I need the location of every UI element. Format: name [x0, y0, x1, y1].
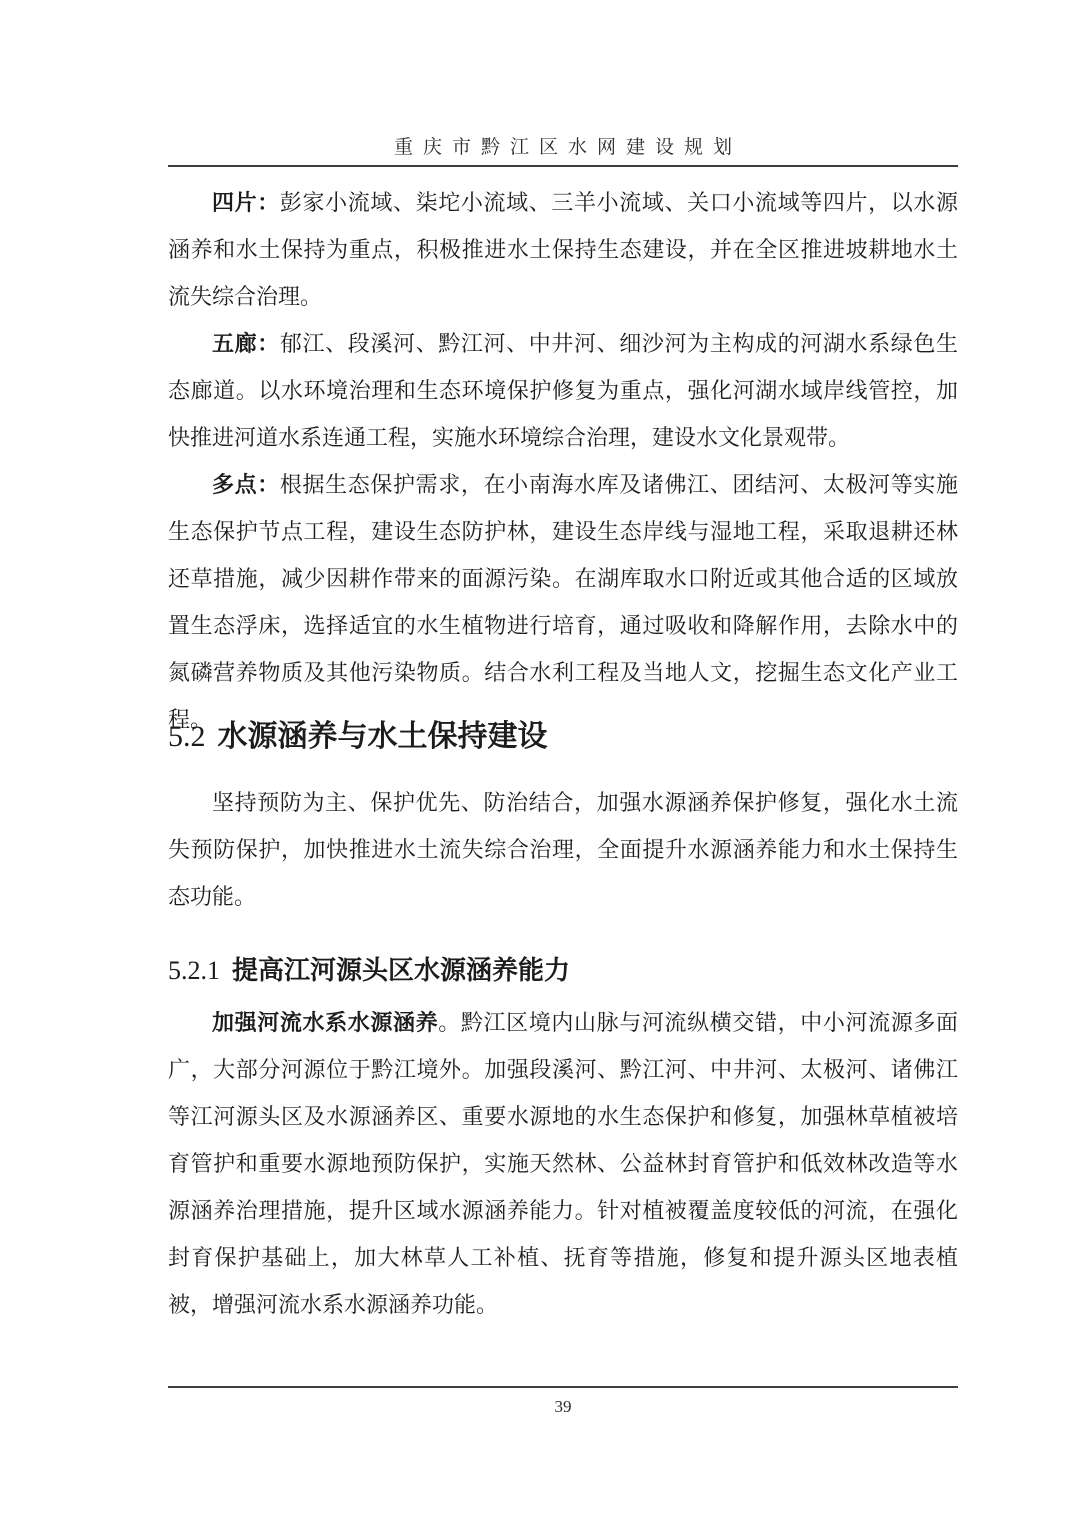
paragraph-lead: 多点： — [212, 472, 280, 497]
paragraph-duodian: 多点：根据生态保护需求，在小南海水库及诸佛江、团结河、太极河等实施生态保护节点工… — [168, 461, 958, 743]
paragraph-separator: 。 — [438, 1010, 461, 1035]
paragraph-lead: 五廊： — [212, 331, 280, 356]
subsection-paragraph: 加强河流水系水源涵养。黔江区境内山脉与河流纵横交错，中小河流源多面广，大部分河源… — [168, 999, 958, 1328]
subsection-heading-5-2-1: 5.2.1提高江河源头区水源涵养能力 — [168, 950, 958, 991]
section-title: 水源涵养与水土保持建设 — [218, 720, 548, 753]
paragraph-wulang: 五廊：郁江、段溪河、黔江河、中井河、细沙河为主构成的河湖水系绿色生态廊道。以水环… — [168, 320, 958, 461]
paragraph-lead: 四片： — [212, 190, 280, 215]
paragraph-text: 彭家小流域、柒坨小流域、三羊小流域、关口小流域等四片，以水源涵养和水土保持为重点… — [168, 190, 958, 309]
page-number: 39 — [168, 1397, 958, 1417]
paragraph-text: 郁江、段溪河、黔江河、中井河、细沙河为主构成的河湖水系绿色生态廊道。以水环境治理… — [168, 331, 958, 450]
document-page: { "document": { "header": { "title": "重庆… — [0, 0, 1074, 1520]
subsection-number: 5.2.1 — [168, 956, 220, 985]
footer-rule — [168, 1386, 958, 1388]
paragraph-text: 根据生态保护需求，在小南海水库及诸佛江、团结河、太极河等实施生态保护节点工程，建… — [168, 472, 958, 732]
section-number: 5.2 — [168, 720, 206, 753]
paragraph-text: 黔江区境内山脉与河流纵横交错，中小河流源多面广，大部分河源位于黔江境外。加强段溪… — [168, 1010, 958, 1317]
page-header-title: 重庆市黔江区水网建设规划 — [168, 132, 958, 159]
section-intro-paragraph: 坚持预防为主、保护优先、防治结合，加强水源涵养保护修复，强化水土流失预防保护，加… — [168, 779, 958, 920]
paragraph-sipian: 四片：彭家小流域、柒坨小流域、三羊小流域、关口小流域等四片，以水源涵养和水土保持… — [168, 179, 958, 320]
header-rule — [168, 165, 958, 167]
section-heading-5-2: 5.2水源涵养与水土保持建设 — [168, 714, 958, 760]
paragraph-lead: 加强河流水系水源涵养 — [212, 1010, 438, 1035]
subsection-title: 提高江河源头区水源涵养能力 — [232, 955, 570, 985]
